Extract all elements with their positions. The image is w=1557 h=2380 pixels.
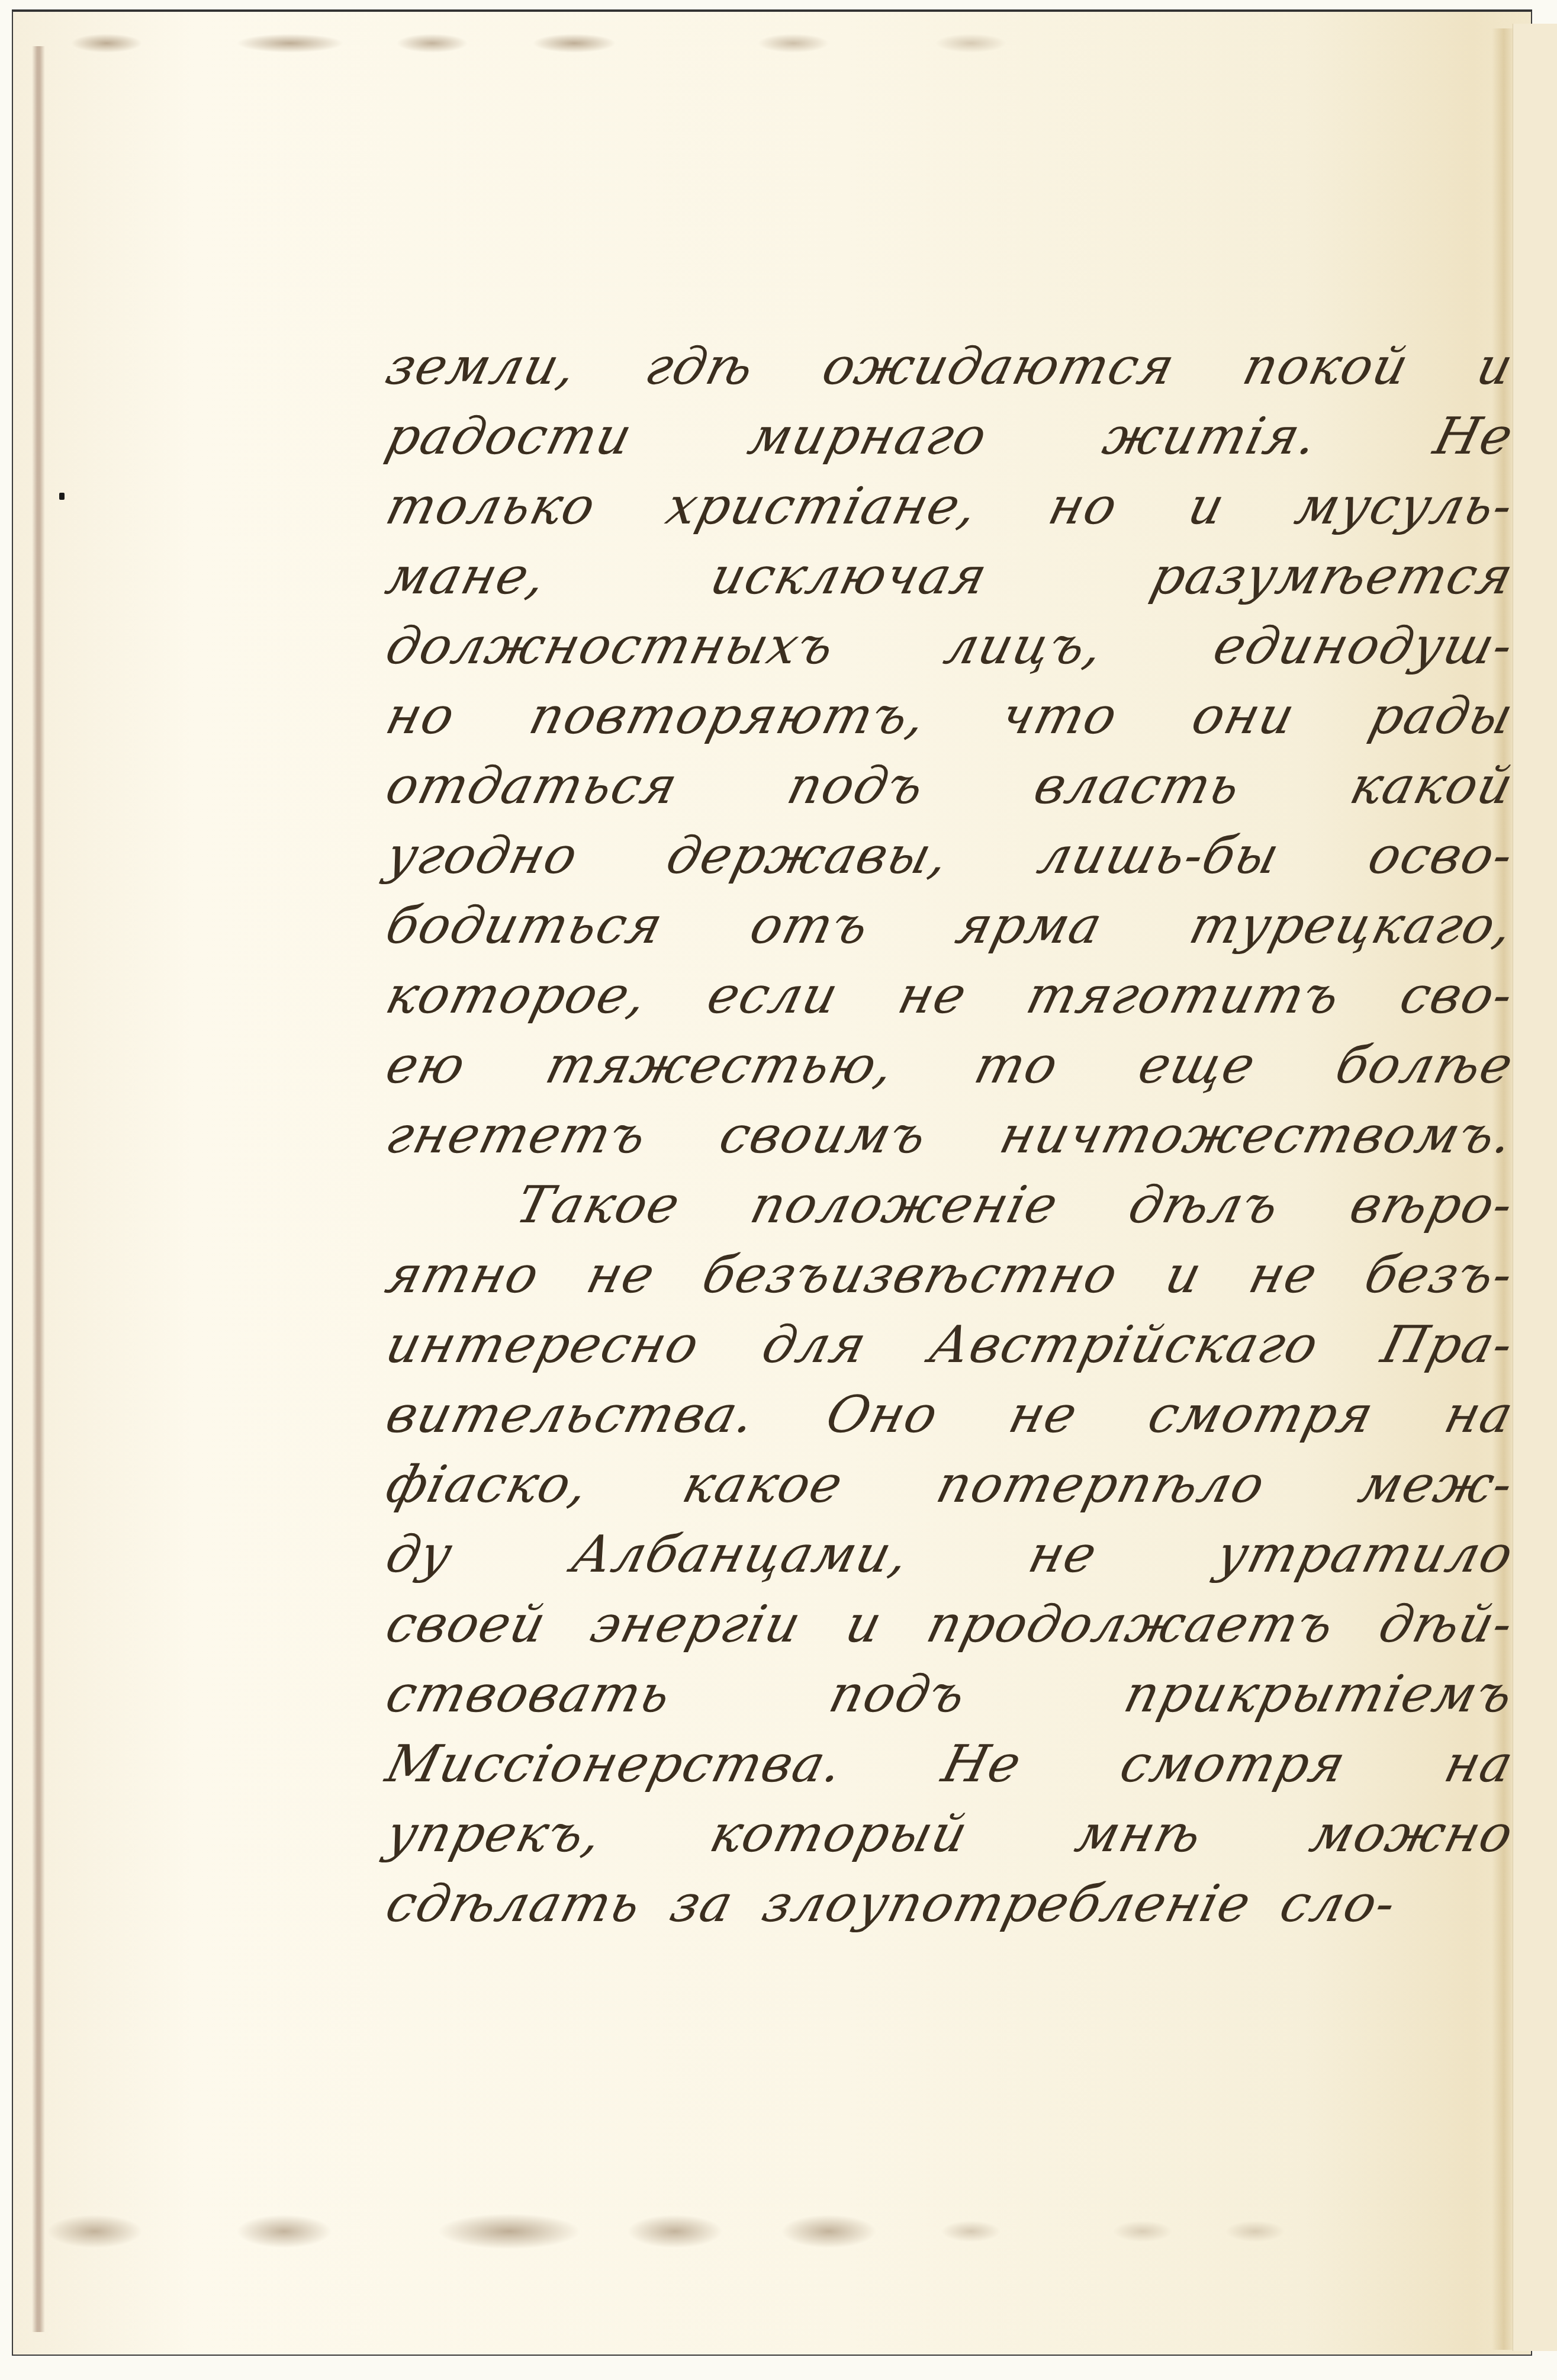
text-line: ду Албанцами, не утратило [379,1520,1521,1589]
adjacent-leaf-edge [1513,24,1557,2351]
text-line: фіаско, какое потерпѣло меж- [379,1450,1521,1520]
bottom-edge-stain [47,2214,1350,2249]
text-line: земли, гдѣ ожидаются покой и [379,332,1521,402]
paragraph-start-line: Такое положеніе дѣлъ вѣро- [379,1170,1521,1240]
text-line: своей энергіи и продолжаетъ дѣй- [379,1589,1521,1659]
text-line: сдѣлать за злоупотребленіе сло- [379,1869,1521,1939]
text-line: бодиться отъ ярма турецкаго, [379,891,1521,961]
text-line: отдаться подъ власть какой [379,751,1521,821]
text-line: угодно державы, лишь-бы осво- [379,821,1521,891]
text-line: упрекъ, который мнѣ можно [379,1799,1521,1869]
text-line: только христіане, но и мусуль- [379,471,1521,541]
text-line: вительства. Оно не смотря на [379,1380,1521,1450]
left-edge-stain [32,46,45,2332]
text-line: радости мирнаго житія. Не [379,402,1521,471]
text-line: гнететъ своимъ ничтожествомъ. [379,1100,1521,1170]
text-line: ятно не безъизвѣстно и не безъ- [379,1240,1521,1310]
text-line: но повторяютъ, что они рады [379,681,1521,751]
top-edge-stain [47,33,1492,53]
text-line: мане, исключая разумѣется [379,541,1521,611]
text-line: ею тяжестью, то еще болѣе [379,1030,1521,1100]
handwritten-text-block: земли, гдѣ ожидаются покой и радости мир… [379,332,1504,1939]
text-line: должностныхъ лицъ, единодуш- [379,611,1521,681]
ink-speck-mark [59,493,65,500]
text-line: ствовать подъ прикрытіемъ [379,1659,1521,1729]
text-line: Миссіонерства. Не смотря на [379,1729,1521,1799]
text-line: которое, если не тяготитъ сво- [379,961,1521,1030]
text-line: интересно для Австрійскаго Пра- [379,1310,1521,1380]
